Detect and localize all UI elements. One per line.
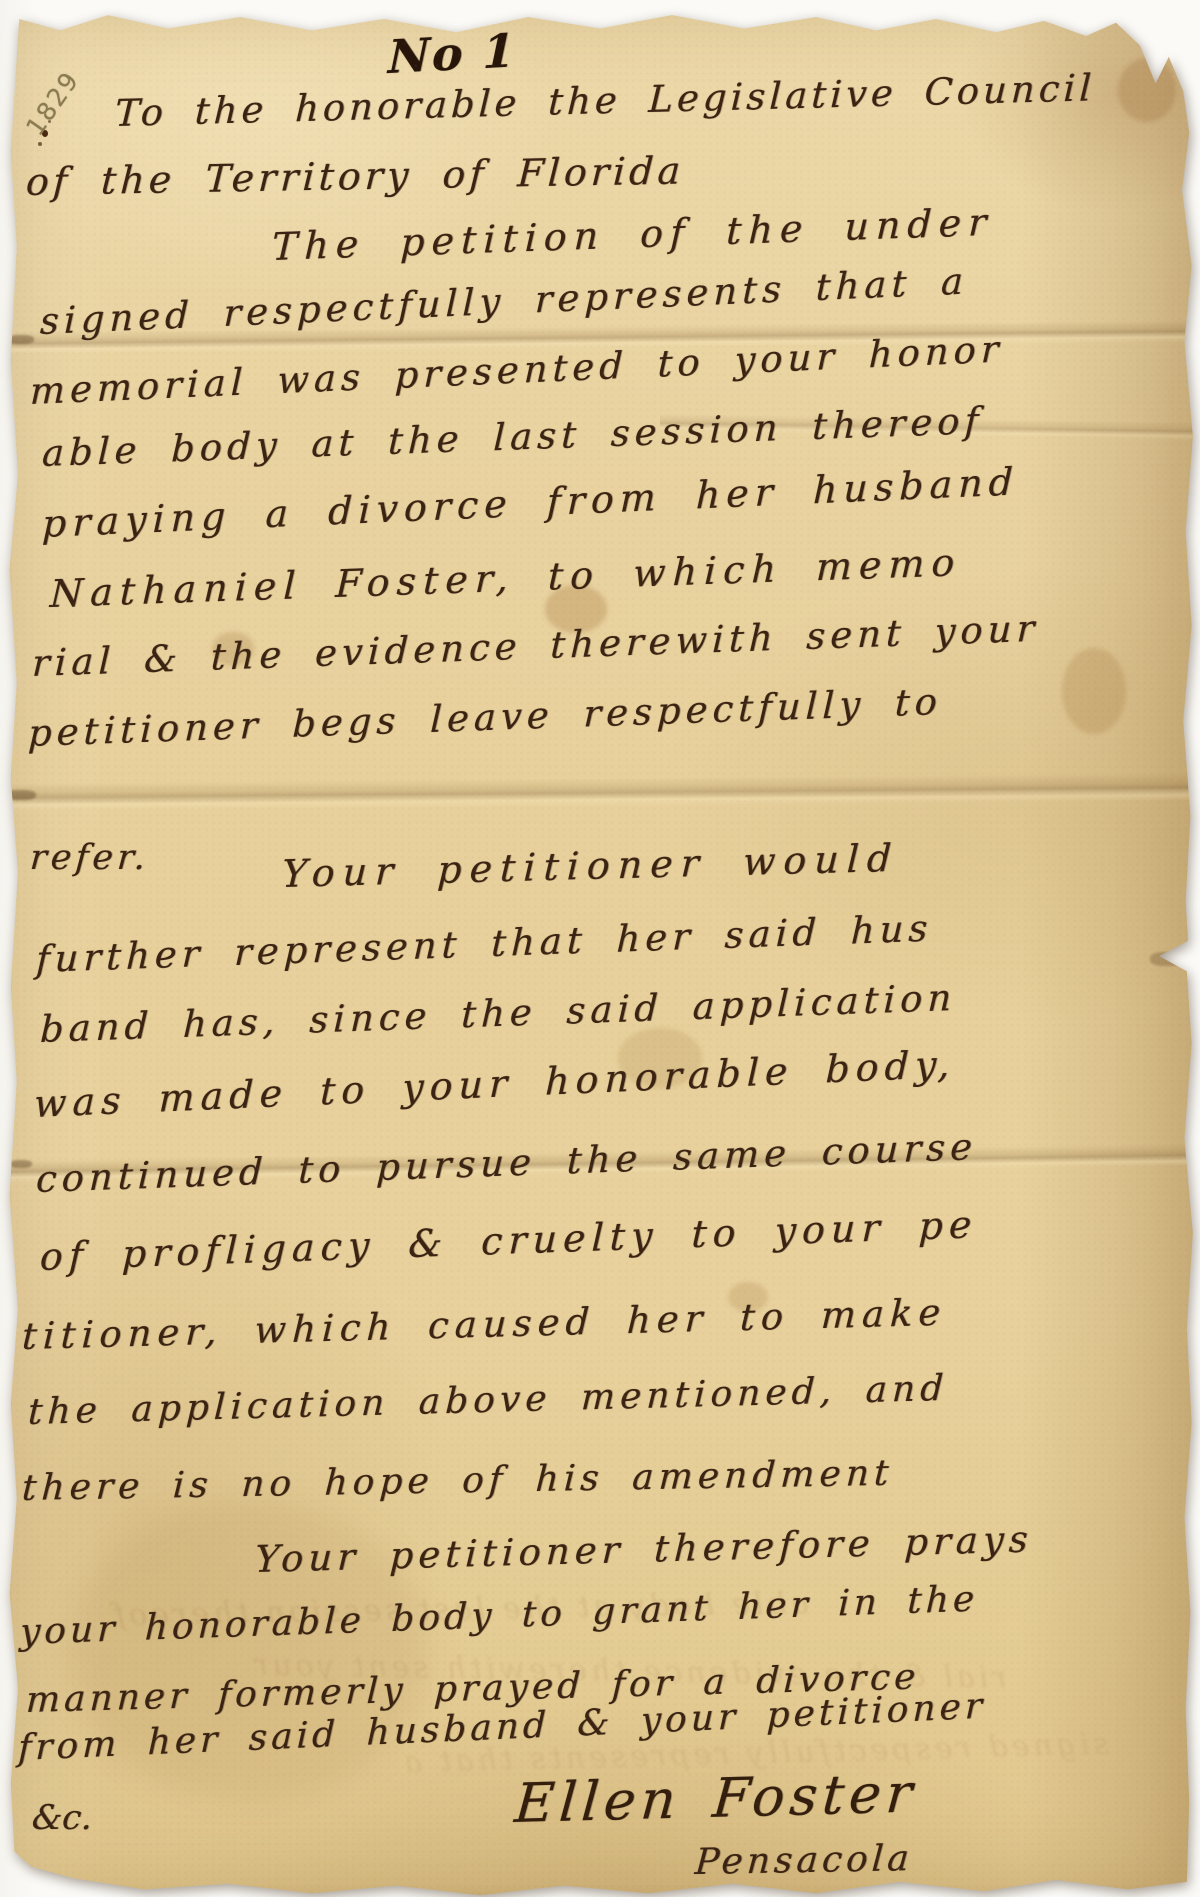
docket-number: No 1 (388, 23, 518, 84)
manuscript-line: To the honorable the Legislative Council (114, 66, 1096, 135)
manuscript-line: praying a divorce from her husband (41, 459, 1019, 546)
signature-place: Pensacola (694, 1838, 915, 1883)
manuscript-line: further represent that her said hus (35, 907, 933, 981)
manuscript-line: of the Territory of Florida (25, 148, 685, 204)
manuscript-line: The petition of the under (271, 200, 994, 269)
edge-tear (10, 1160, 32, 1168)
manuscript-line: Your petitioner would (281, 836, 900, 896)
edge-tear (6, 790, 36, 800)
manuscript-paper-wrap: able body at the last session thereof ri… (0, 0, 1200, 1897)
edge-tear (8, 335, 34, 344)
manuscript-line: petitioner begs leave respectfully to (27, 680, 942, 755)
ink-speck (38, 142, 42, 146)
manuscript-line: refer. (29, 838, 151, 878)
manuscript-line: of profligacy & cruelty to your pe (39, 1202, 978, 1279)
scan-background: able body at the last session thereof ri… (0, 0, 1200, 1897)
edge-tear (1150, 952, 1184, 966)
manuscript-line: the application above mentioned, and (27, 1368, 949, 1433)
closing-mark: &c. (31, 1798, 94, 1838)
manuscript-line: Nathaniel Foster, to which memo (49, 540, 962, 616)
manuscript-line: band has, since the said application (39, 976, 957, 1051)
manuscript-line: able body at the last session thereof (41, 399, 984, 475)
manuscript-line: was made to your honorable body, (33, 1042, 956, 1126)
manuscript-paper: able body at the last session thereof ri… (0, 0, 1200, 1897)
pencil-year-note: 1829 (20, 66, 85, 141)
manuscript-line: Your petitioner therefore prays (254, 1518, 1034, 1581)
manuscript-line: there is no hope of his amendment (21, 1453, 895, 1509)
fold-crease (0, 773, 1200, 811)
manuscript-line: continued to pursue the same course (35, 1125, 978, 1201)
signature: Ellen Foster (513, 1761, 920, 1835)
manuscript-line: titioner, which caused her to make (21, 1291, 947, 1358)
stain (1118, 58, 1176, 122)
manuscript-line: rial & the evidence therewith sent your (31, 607, 1040, 685)
stain (1062, 648, 1126, 734)
